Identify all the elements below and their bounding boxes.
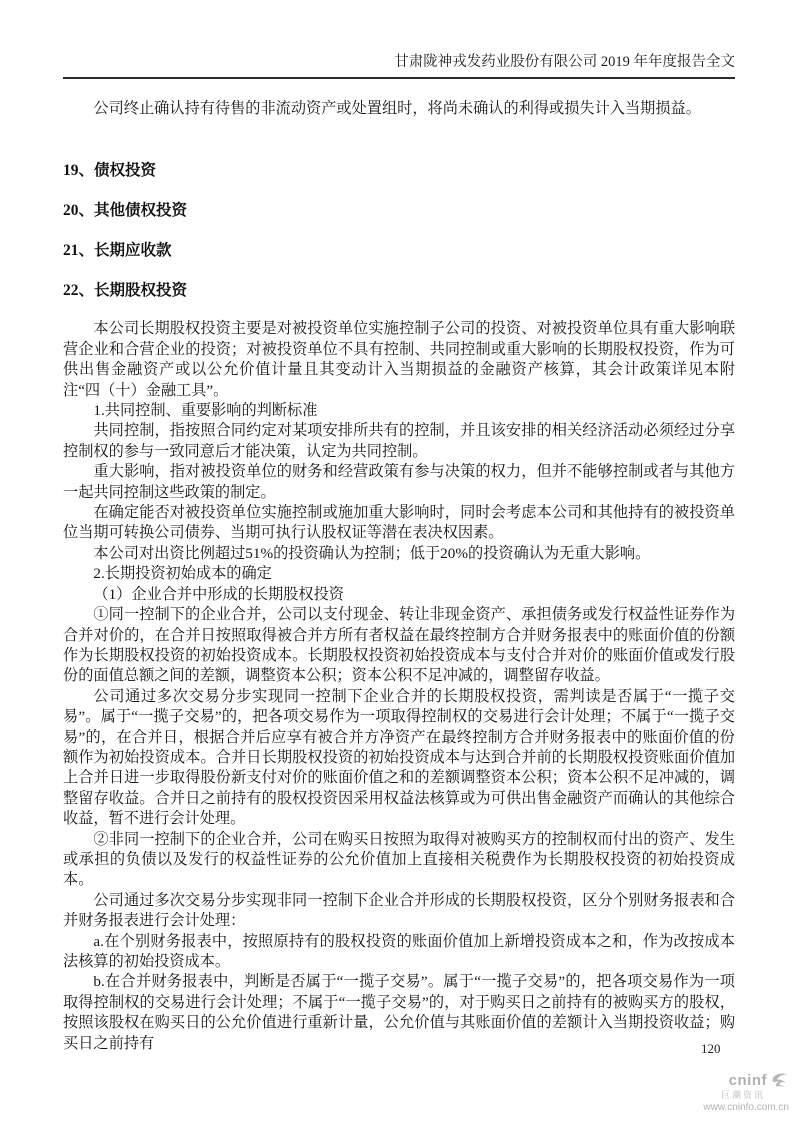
paragraph: 在确定能否对被投资单位实施控制或施加重大影响时，同时会考虑本公司和其他持有的被投… [63,503,735,544]
paragraph: （1）企业合并中形成的长期股权投资 [63,585,735,605]
page-number: 120 [701,1042,721,1056]
paragraph: 重大影响，指对被投资单位的财务和经营政策有参与决策的权力，但并不能够控制或者与其… [63,462,735,503]
paragraph: 本公司对出资比例超过51%的投资确认为控制；低于20%的投资确认为无重大影响。 [63,544,735,564]
section-heading-21: 21、长期应收款 [63,240,735,261]
cninfo-swirl-icon [769,1072,789,1090]
section-body: 本公司长期股权投资主要是对被投资单位实施控制子公司的投资、对被投资单位具有重大影… [63,319,735,1054]
cninfo-brand-row: cninf [703,1072,789,1090]
cninfo-brand-text: cninf [729,1073,767,1089]
paragraph: 公司通过多次交易分步实现同一控制下企业合并的长期股权投资，需判读是否属于“一揽子… [63,687,735,830]
cninfo-chinese-name: 巨潮资讯 [703,1090,765,1100]
section-heading-19: 19、债权投资 [63,160,735,181]
section-heading-20: 20、其他债权投资 [63,200,735,221]
paragraph: 公司通过多次交易分步实现非同一控制下企业合并形成的长期股权投资，区分个别财务报表… [63,891,735,932]
report-title: 甘肃陇神戎发药业股份有限公司 2019 年年度报告全文 [394,54,735,70]
section-heading-22: 22、长期股权投资 [63,280,735,301]
cninfo-watermark: cninf 巨潮资讯 www.cninfo.com.cn [703,1072,789,1113]
paragraph: 本公司长期股权投资主要是对被投资单位实施控制子公司的投资、对被投资单位具有重大影… [63,319,735,401]
paragraph: 1.共同控制、重要影响的判断标准 [63,401,735,421]
cninfo-url: www.cninfo.com.cn [703,1102,789,1113]
page-content: 甘肃陇神戎发药业股份有限公司 2019 年年度报告全文 公司终止确认持有待售的非… [63,0,735,1054]
page-header: 甘肃陇神戎发药业股份有限公司 2019 年年度报告全文 [63,0,735,79]
intro-paragraph: 公司终止确认持有待售的非流动资产或处置组时，将尚未确认的利得或损失计入当期损益。 [63,99,735,119]
paragraph: ②非同一控制下的企业合并，公司在购买日按照为取得对被购买方的控制权而付出的资产、… [63,830,735,891]
paragraph: 2.长期投资初始成本的确定 [63,564,735,584]
paragraph: ①同一控制下的企业合并，公司以支付现金、转让非现金资产、承担债务或发行权益性证券… [63,605,735,687]
document-page: 甘肃陇神戎发药业股份有限公司 2019 年年度报告全文 公司终止确认持有待售的非… [0,0,793,1122]
paragraph: 共同控制，指按照合同约定对某项安排所共有的控制，并且该安排的相关经济活动必须经过… [63,421,735,462]
paragraph: b.在合并财务报表中，判断是否属于“一揽子交易”。属于“一揽子交易”的，把各项交… [63,972,735,1054]
paragraph: a.在个别财务报表中，按照原持有的股权投资的账面价值加上新增投资成本之和，作为改… [63,932,735,973]
